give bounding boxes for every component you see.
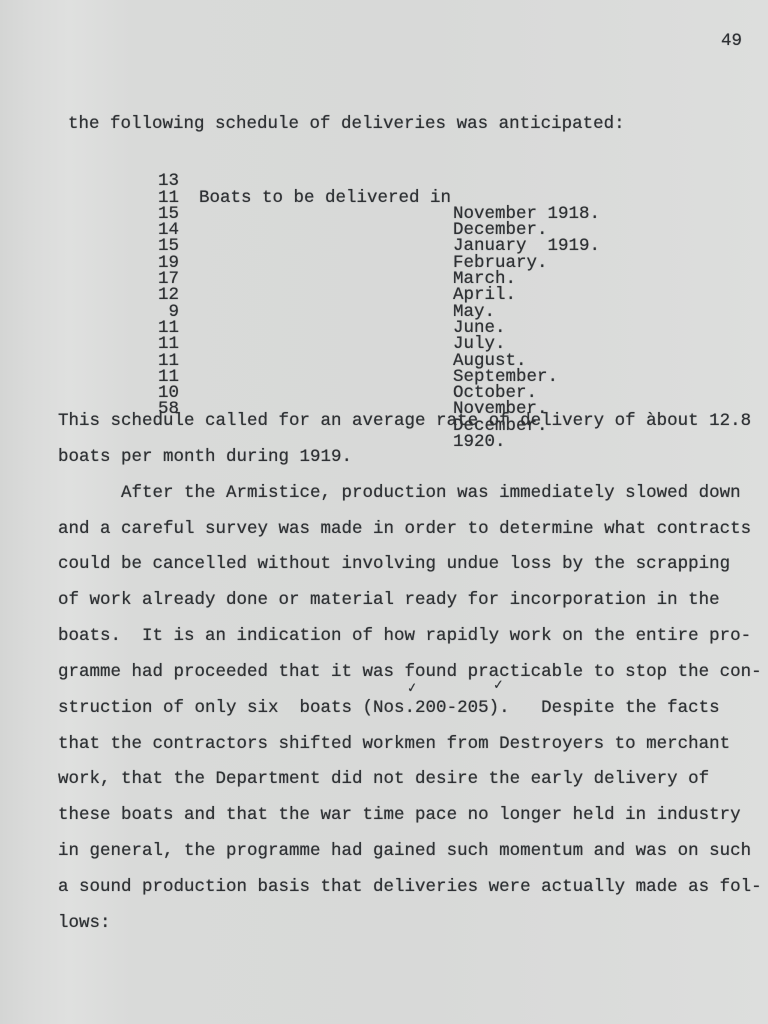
schedule-row: 11 October. bbox=[0, 336, 768, 352]
checkmark-icon: ✓ bbox=[406, 680, 419, 696]
document-page-scan: 49 the following schedule of deliveries … bbox=[0, 0, 768, 1024]
schedule-row: 12 June. bbox=[0, 271, 768, 287]
body-text-line: struction of only six boats (Nos.200-205… bbox=[58, 691, 768, 727]
body-text-line: boats. It is an indication of how rapidl… bbox=[58, 619, 768, 655]
body-text-line: these boats and that the war time pace n… bbox=[58, 798, 768, 834]
schedule-row: 10 December. bbox=[0, 369, 768, 385]
schedule-row: 17 May. bbox=[0, 255, 768, 271]
intro-line: the following schedule of deliveries was… bbox=[68, 114, 625, 134]
schedule-row: 9 July. bbox=[0, 287, 768, 303]
schedule-row: 15 January 1919. bbox=[0, 190, 768, 206]
schedule-row: 11 December. bbox=[0, 173, 768, 189]
schedule-row: 11 September. bbox=[0, 320, 768, 336]
schedule-row: 19 April. bbox=[0, 238, 768, 254]
body-text-line: work, that the Department did not desire… bbox=[58, 762, 768, 798]
body-text-line: in general, the programme had gained suc… bbox=[58, 834, 768, 870]
body-text-line: lows: bbox=[58, 906, 768, 942]
body-text-line: could be cancelled without involving und… bbox=[58, 547, 768, 583]
body-text-line: This schedule called for an average rate… bbox=[58, 404, 768, 440]
schedule-row: 58 1920. bbox=[0, 385, 768, 401]
checkmark-icon: ✓ bbox=[493, 678, 505, 694]
schedule-row: 11 August. bbox=[0, 304, 768, 320]
body-text-line: a sound production basis that deliveries… bbox=[58, 870, 768, 906]
schedule-row: 13 Boats to be delivered in November 191… bbox=[0, 157, 768, 173]
body-text-line: After the Armistice, production was imme… bbox=[58, 476, 768, 512]
page-number: 49 bbox=[721, 31, 742, 51]
body-paragraphs: This schedule called for an average rate… bbox=[58, 404, 768, 942]
body-text-line: boats per month during 1919. bbox=[58, 440, 768, 476]
body-text-line: of work already done or material ready f… bbox=[58, 583, 768, 619]
schedule-row: 14 February. bbox=[0, 206, 768, 222]
delivery-schedule-table: 13 Boats to be delivered in November 191… bbox=[0, 157, 768, 401]
body-text-line: that the contractors shifted workmen fro… bbox=[58, 727, 768, 763]
schedule-row: 15 March. bbox=[0, 222, 768, 238]
schedule-row: 11 November. bbox=[0, 353, 768, 369]
body-text-line: and a careful survey was made in order t… bbox=[58, 512, 768, 548]
